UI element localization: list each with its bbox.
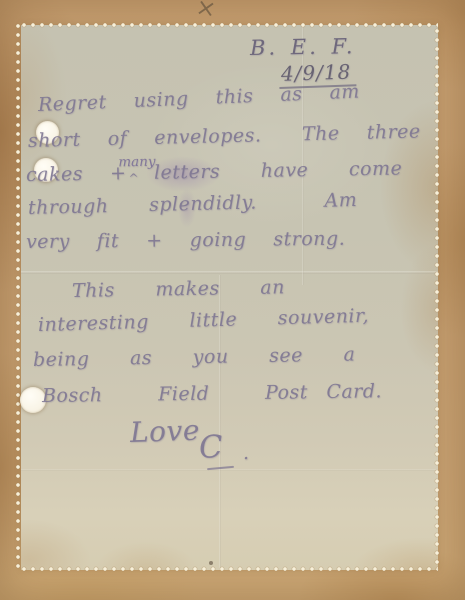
inserted-word: many [118, 154, 155, 171]
body-line-5: very fit + going strong. [26, 228, 345, 253]
horizontal-fold-crease [21, 271, 438, 274]
horizontal-fold-crease-lower [21, 469, 438, 471]
header-unit-bef: B. E. F. [250, 34, 356, 60]
signature-love: Love [129, 414, 200, 449]
body-line-6: This makes an [72, 276, 285, 302]
scanned-postcard: × B. E. F. 4/9/18 Regret using this as a… [0, 0, 465, 600]
pencil-x-mark: × [194, 0, 219, 24]
body-line-3-post: letters have come [140, 157, 402, 184]
paper-speck [209, 561, 213, 565]
body-line-3-pre: cakes + [26, 162, 127, 186]
insertion-anchor: many^ [126, 169, 140, 179]
insertion-caret: ^ [128, 171, 139, 185]
signature-initial: C [198, 429, 224, 466]
signature-period: . [243, 442, 250, 464]
